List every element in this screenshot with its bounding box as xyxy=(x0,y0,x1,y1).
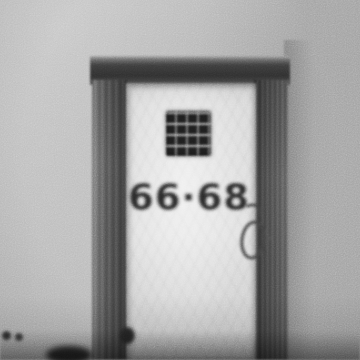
photograph: 66·68 xyxy=(0,0,360,360)
door-frame-left-jamb xyxy=(92,80,127,360)
floor-shadow xyxy=(0,330,360,360)
photo-scene: 66·68 xyxy=(0,0,360,360)
door-number: 66·68 xyxy=(126,180,252,215)
wall-right-shading xyxy=(284,40,314,360)
door-frame: 66·68 xyxy=(92,56,288,360)
vent-grille xyxy=(166,111,211,156)
door-pull-ring xyxy=(236,202,276,272)
